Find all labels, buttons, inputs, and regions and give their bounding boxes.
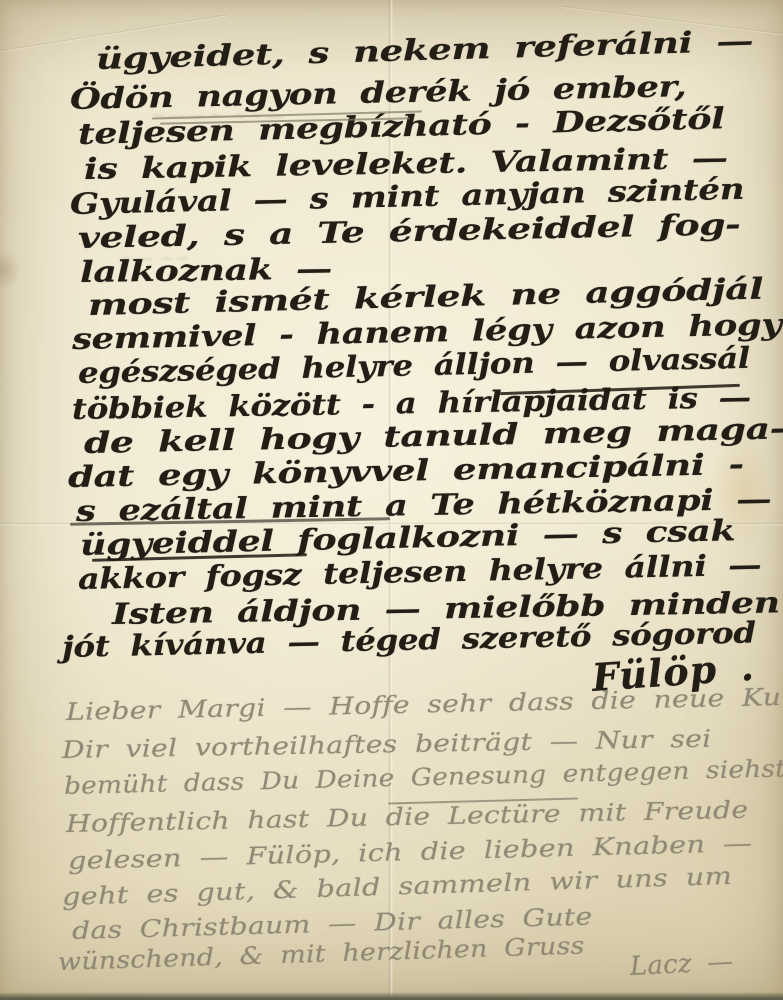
scan-edge-shadow bbox=[0, 992, 783, 1000]
letter-page: ~ ~ ~ ~ ~ ~——~ ~~— ~— ~~ ügyeidet, s nek… bbox=[0, 0, 783, 1000]
ink-line: ügyeidet, s nekem referálni — bbox=[96, 24, 754, 76]
pencil-line: Lieber Margi — Hoffe sehr dass die neue … bbox=[66, 683, 783, 726]
paper-stain bbox=[0, 250, 22, 290]
pencil-signature: Lacz — bbox=[629, 947, 734, 982]
